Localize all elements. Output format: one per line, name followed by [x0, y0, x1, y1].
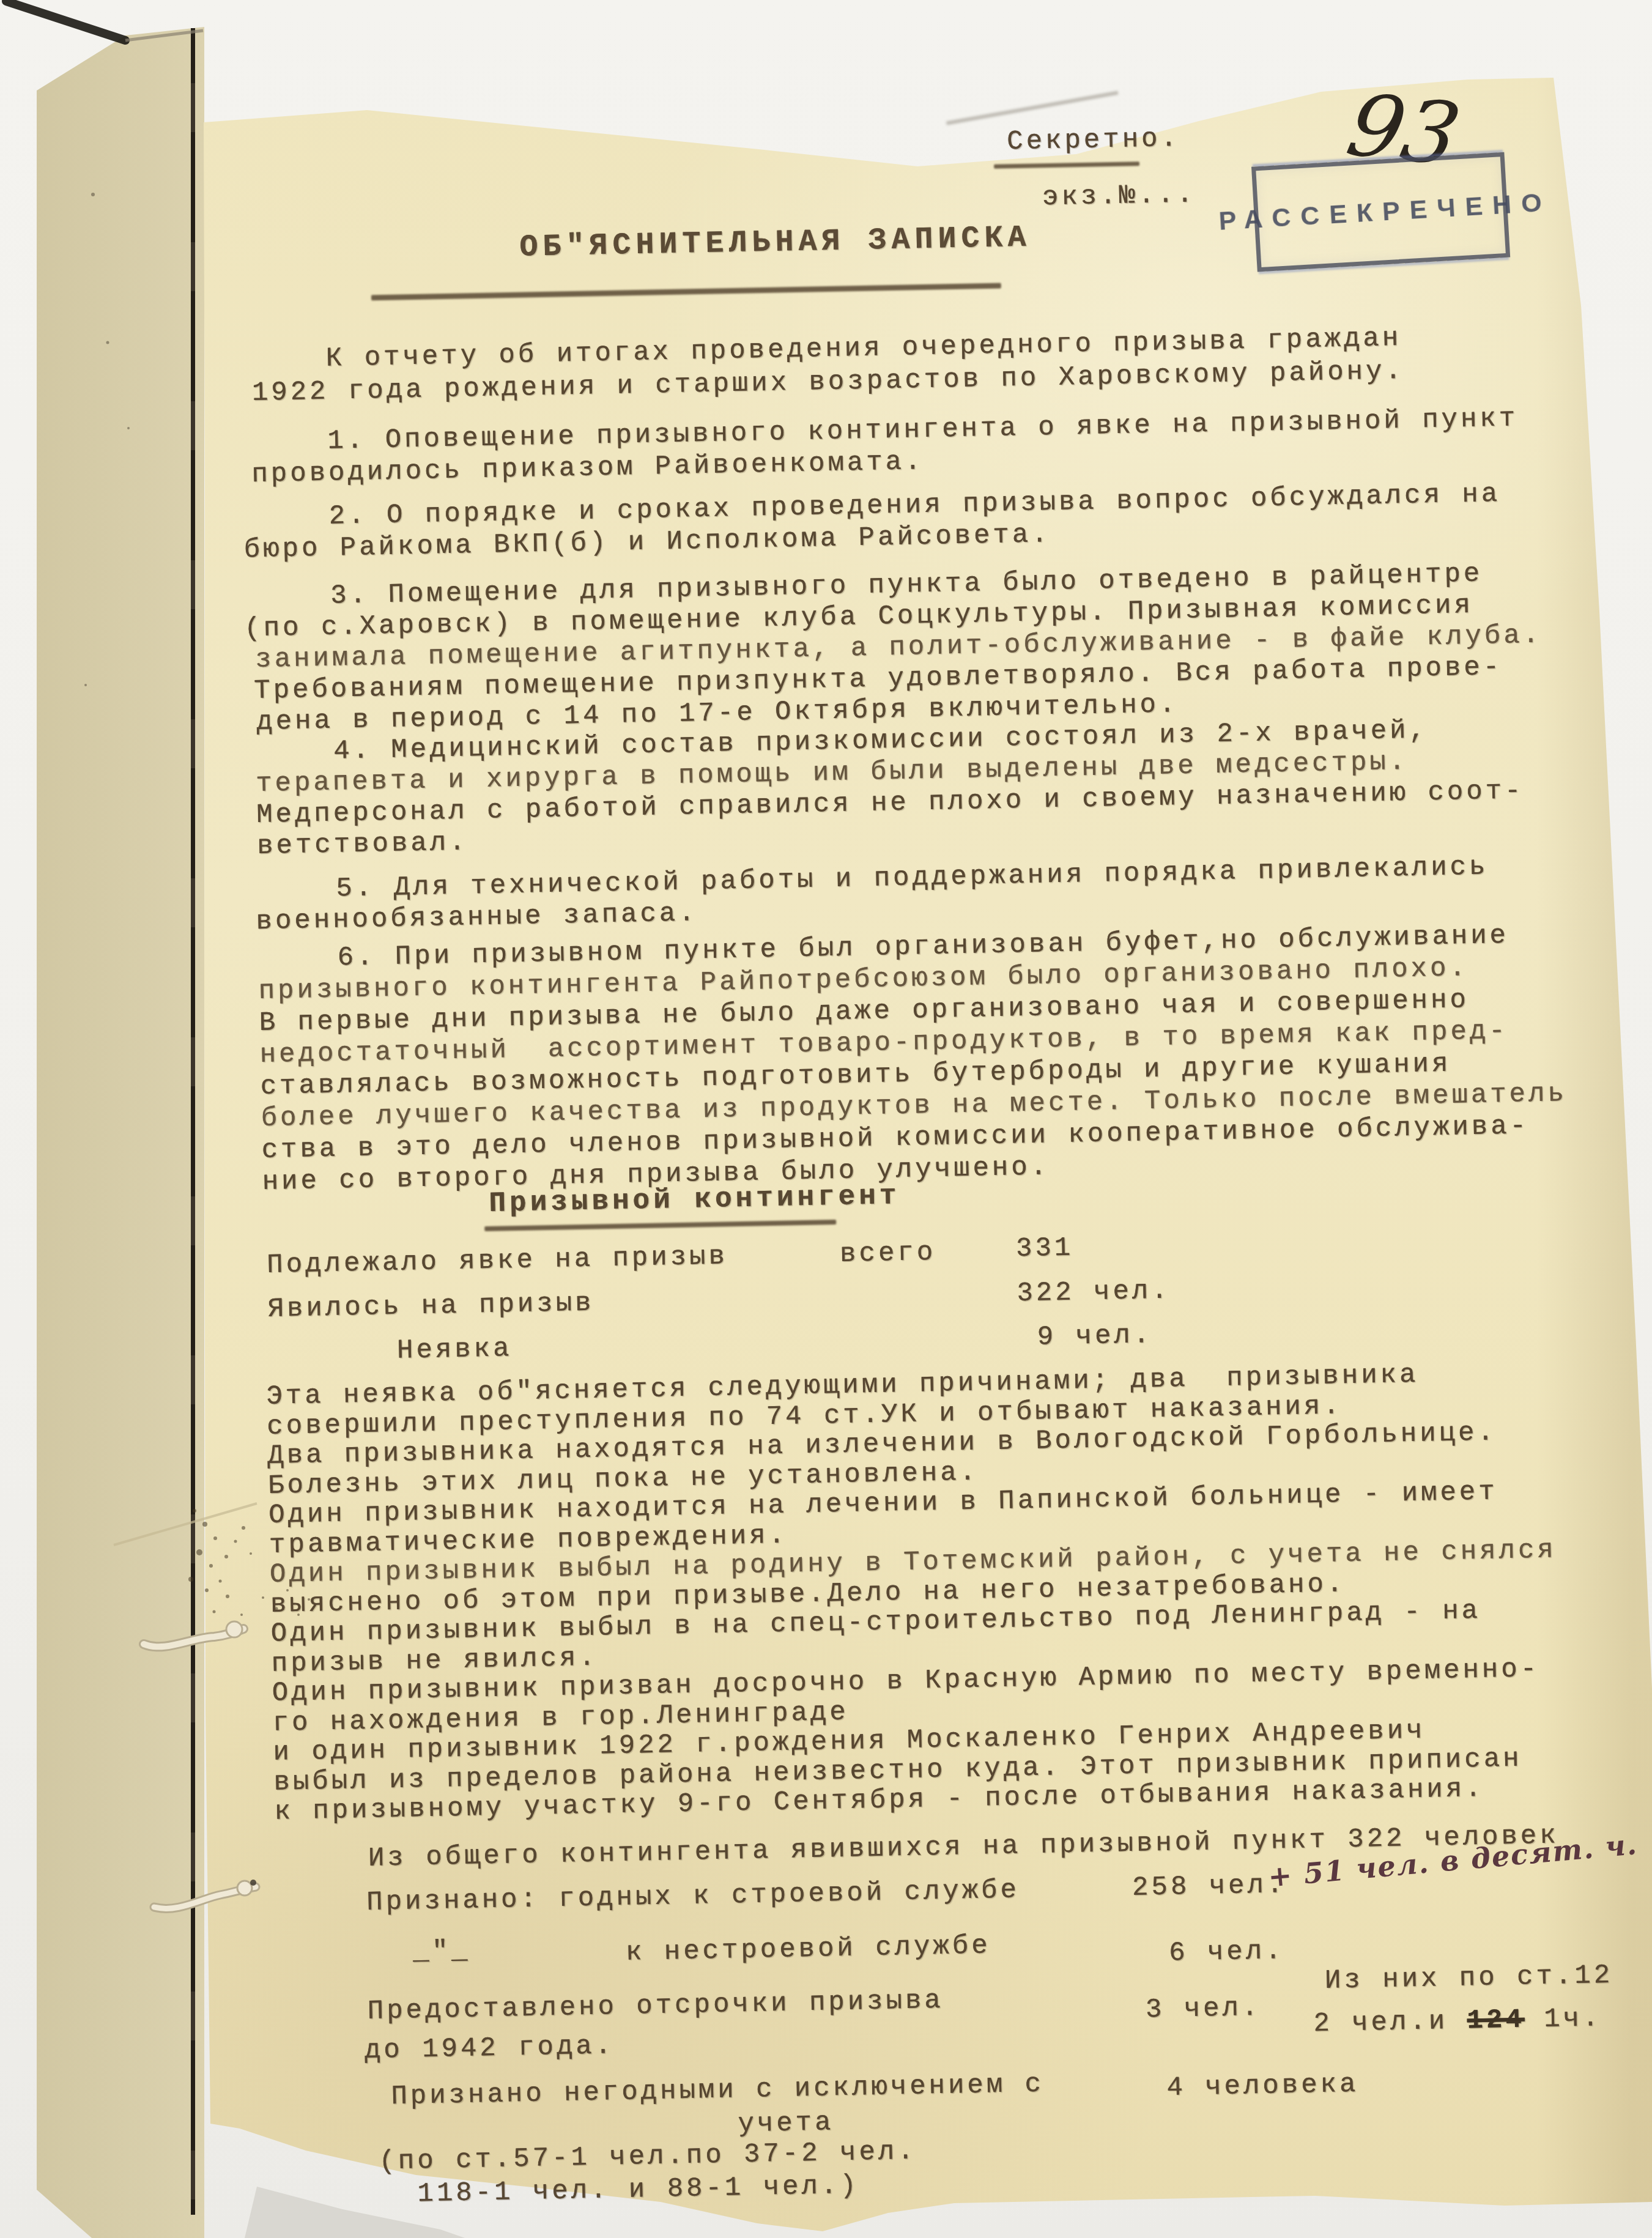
footnote-line: 118-1 чел. и 88-1 чел.): [417, 2171, 859, 2209]
archive-photo: Секретно. экз.№... 93 РАССЕКРЕЧЕНО ОБ"ЯС…: [0, 0, 1652, 2238]
paragraph-4-line: ветствовал.: [257, 828, 469, 861]
pencil-smudge: [946, 91, 1119, 125]
ditto-mark: _"_: [412, 1936, 470, 1967]
table-row-value: 9 чел.: [1037, 1321, 1152, 1352]
table-row-word: всего: [840, 1238, 936, 1269]
result-row-value: 6 чел.: [1169, 1936, 1284, 1968]
paragraph-5-line: 5. Для технической работы и поддержания …: [336, 852, 1489, 904]
note-part: 2 чел.и: [1313, 2006, 1448, 2039]
paragraph-5-line: военнообязанные запаса.: [256, 899, 698, 936]
declassified-stamp: РАССЕКРЕЧЕНО: [1251, 152, 1510, 272]
result-row-value: 4 человека: [1166, 2070, 1359, 2103]
declassified-stamp-text: РАССЕКРЕЧЕНО: [1209, 187, 1552, 237]
table-row-value: 322 чел.: [1017, 1276, 1171, 1309]
table-row-label: Явилось на призыв: [267, 1289, 594, 1325]
note-part: 1ч.: [1544, 2003, 1602, 2035]
result-row-label: Признано: годных к строевой службе: [366, 1875, 1020, 1917]
result-row-note: 2 чел.и 124 1ч.: [1313, 2004, 1602, 2039]
table-row-value: 331: [1016, 1234, 1074, 1264]
secret-label: Секретно.: [1007, 124, 1180, 157]
section-heading-underline: [484, 1220, 836, 1231]
result-row-label: к нестроевой службе: [626, 1931, 991, 1968]
result-row-value: 3 чел.: [1146, 1993, 1261, 2025]
page-content: Секретно. экз.№... 93 РАССЕКРЕЧЕНО ОБ"ЯС…: [0, 0, 1652, 2238]
result-row-value: 258 чел.: [1132, 1870, 1286, 1903]
result-row-label: до 1942 года.: [365, 2031, 615, 2066]
copy-number: экз.№...: [1042, 180, 1196, 212]
result-row-note: Из них по ст.12: [1325, 1961, 1613, 1996]
table-row-label: Неявка: [397, 1334, 513, 1366]
title-underline: [371, 283, 1001, 301]
result-row-label: Предоставлено отсрочки призыва: [367, 1986, 944, 2026]
section-heading: Призывной контингент: [489, 1180, 900, 1219]
secret-underline: [994, 161, 1139, 169]
result-row-label: Признано негодными с исключением с: [391, 2070, 1044, 2112]
doc-title: ОБ"ЯСНИТЕЛЬНАЯ ЗАПИСКА: [519, 221, 1031, 265]
note-struck-number: 124: [1467, 2005, 1525, 2037]
table-row-label: Подлежало явке на призыв: [267, 1242, 728, 1280]
result-row-label: учета: [738, 2108, 834, 2139]
